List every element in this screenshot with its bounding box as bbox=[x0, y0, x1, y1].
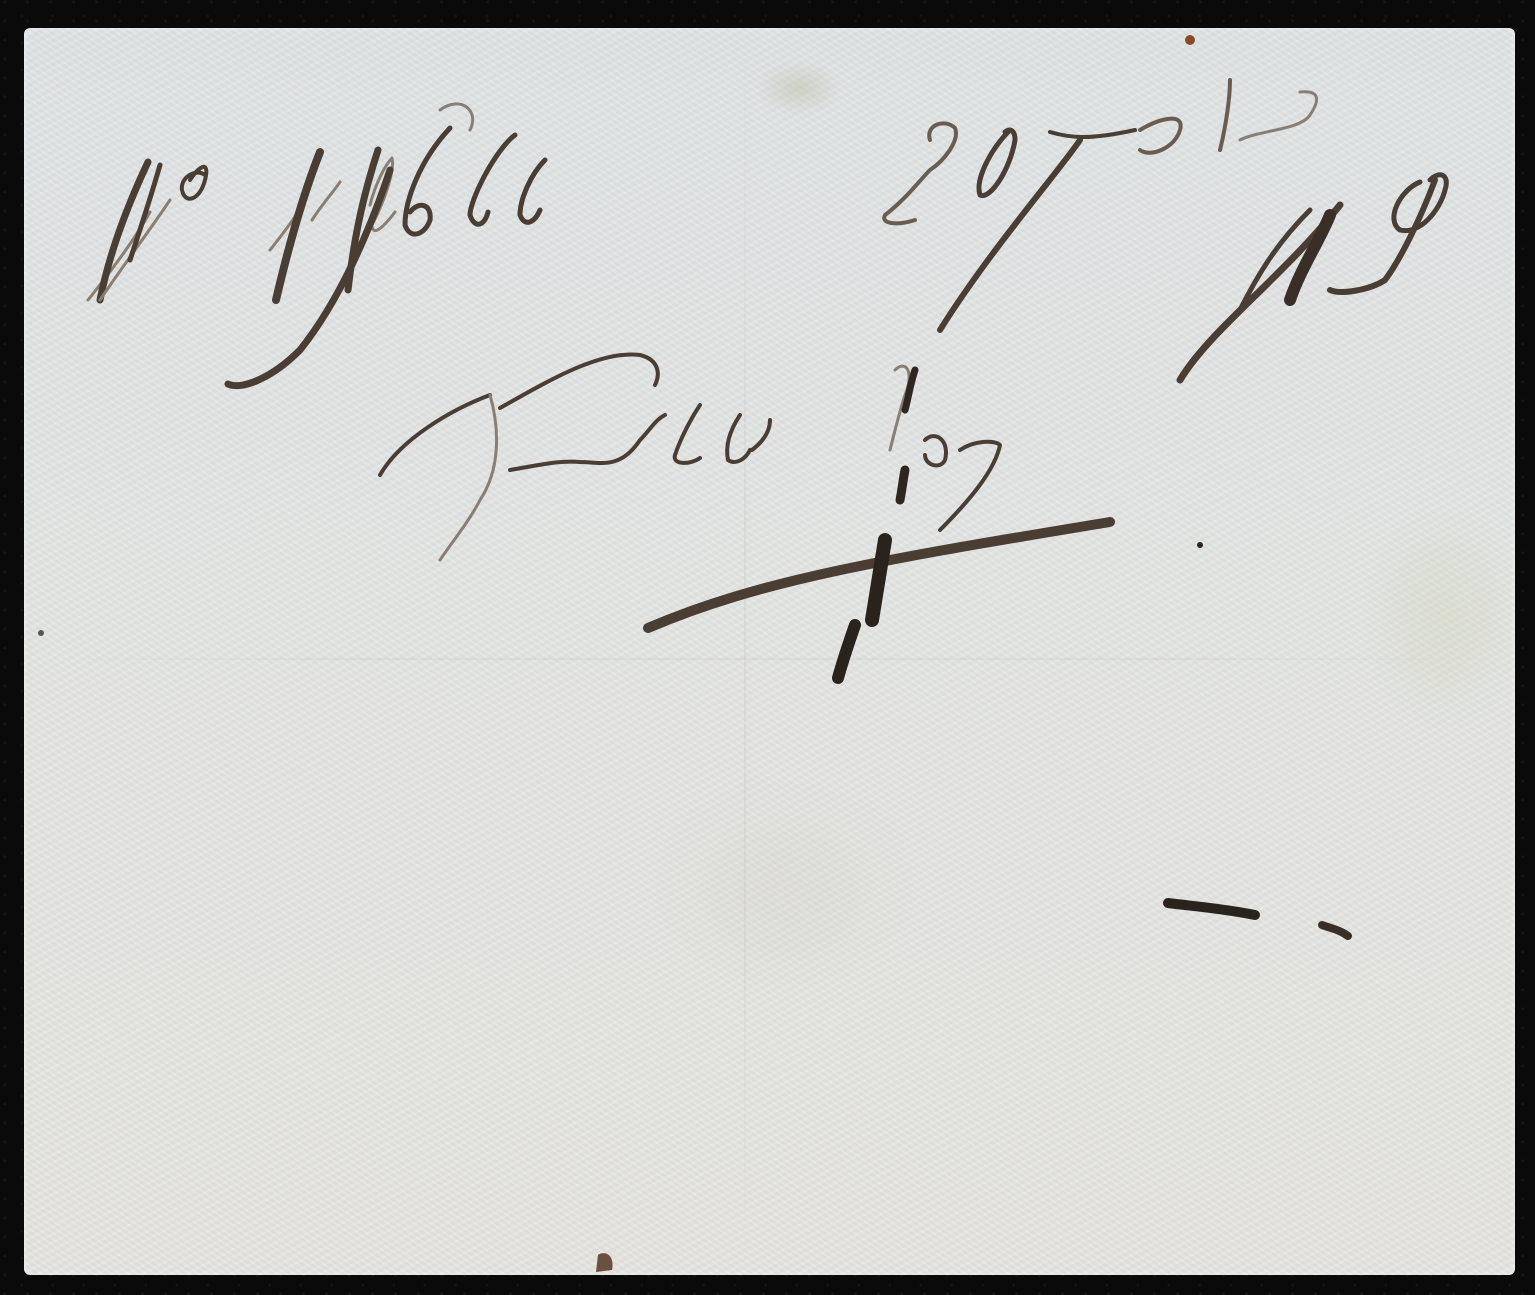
paper-slip bbox=[24, 28, 1515, 1275]
fold-crease-vertical bbox=[744, 28, 746, 1275]
fold-crease-horizontal bbox=[24, 658, 1515, 660]
